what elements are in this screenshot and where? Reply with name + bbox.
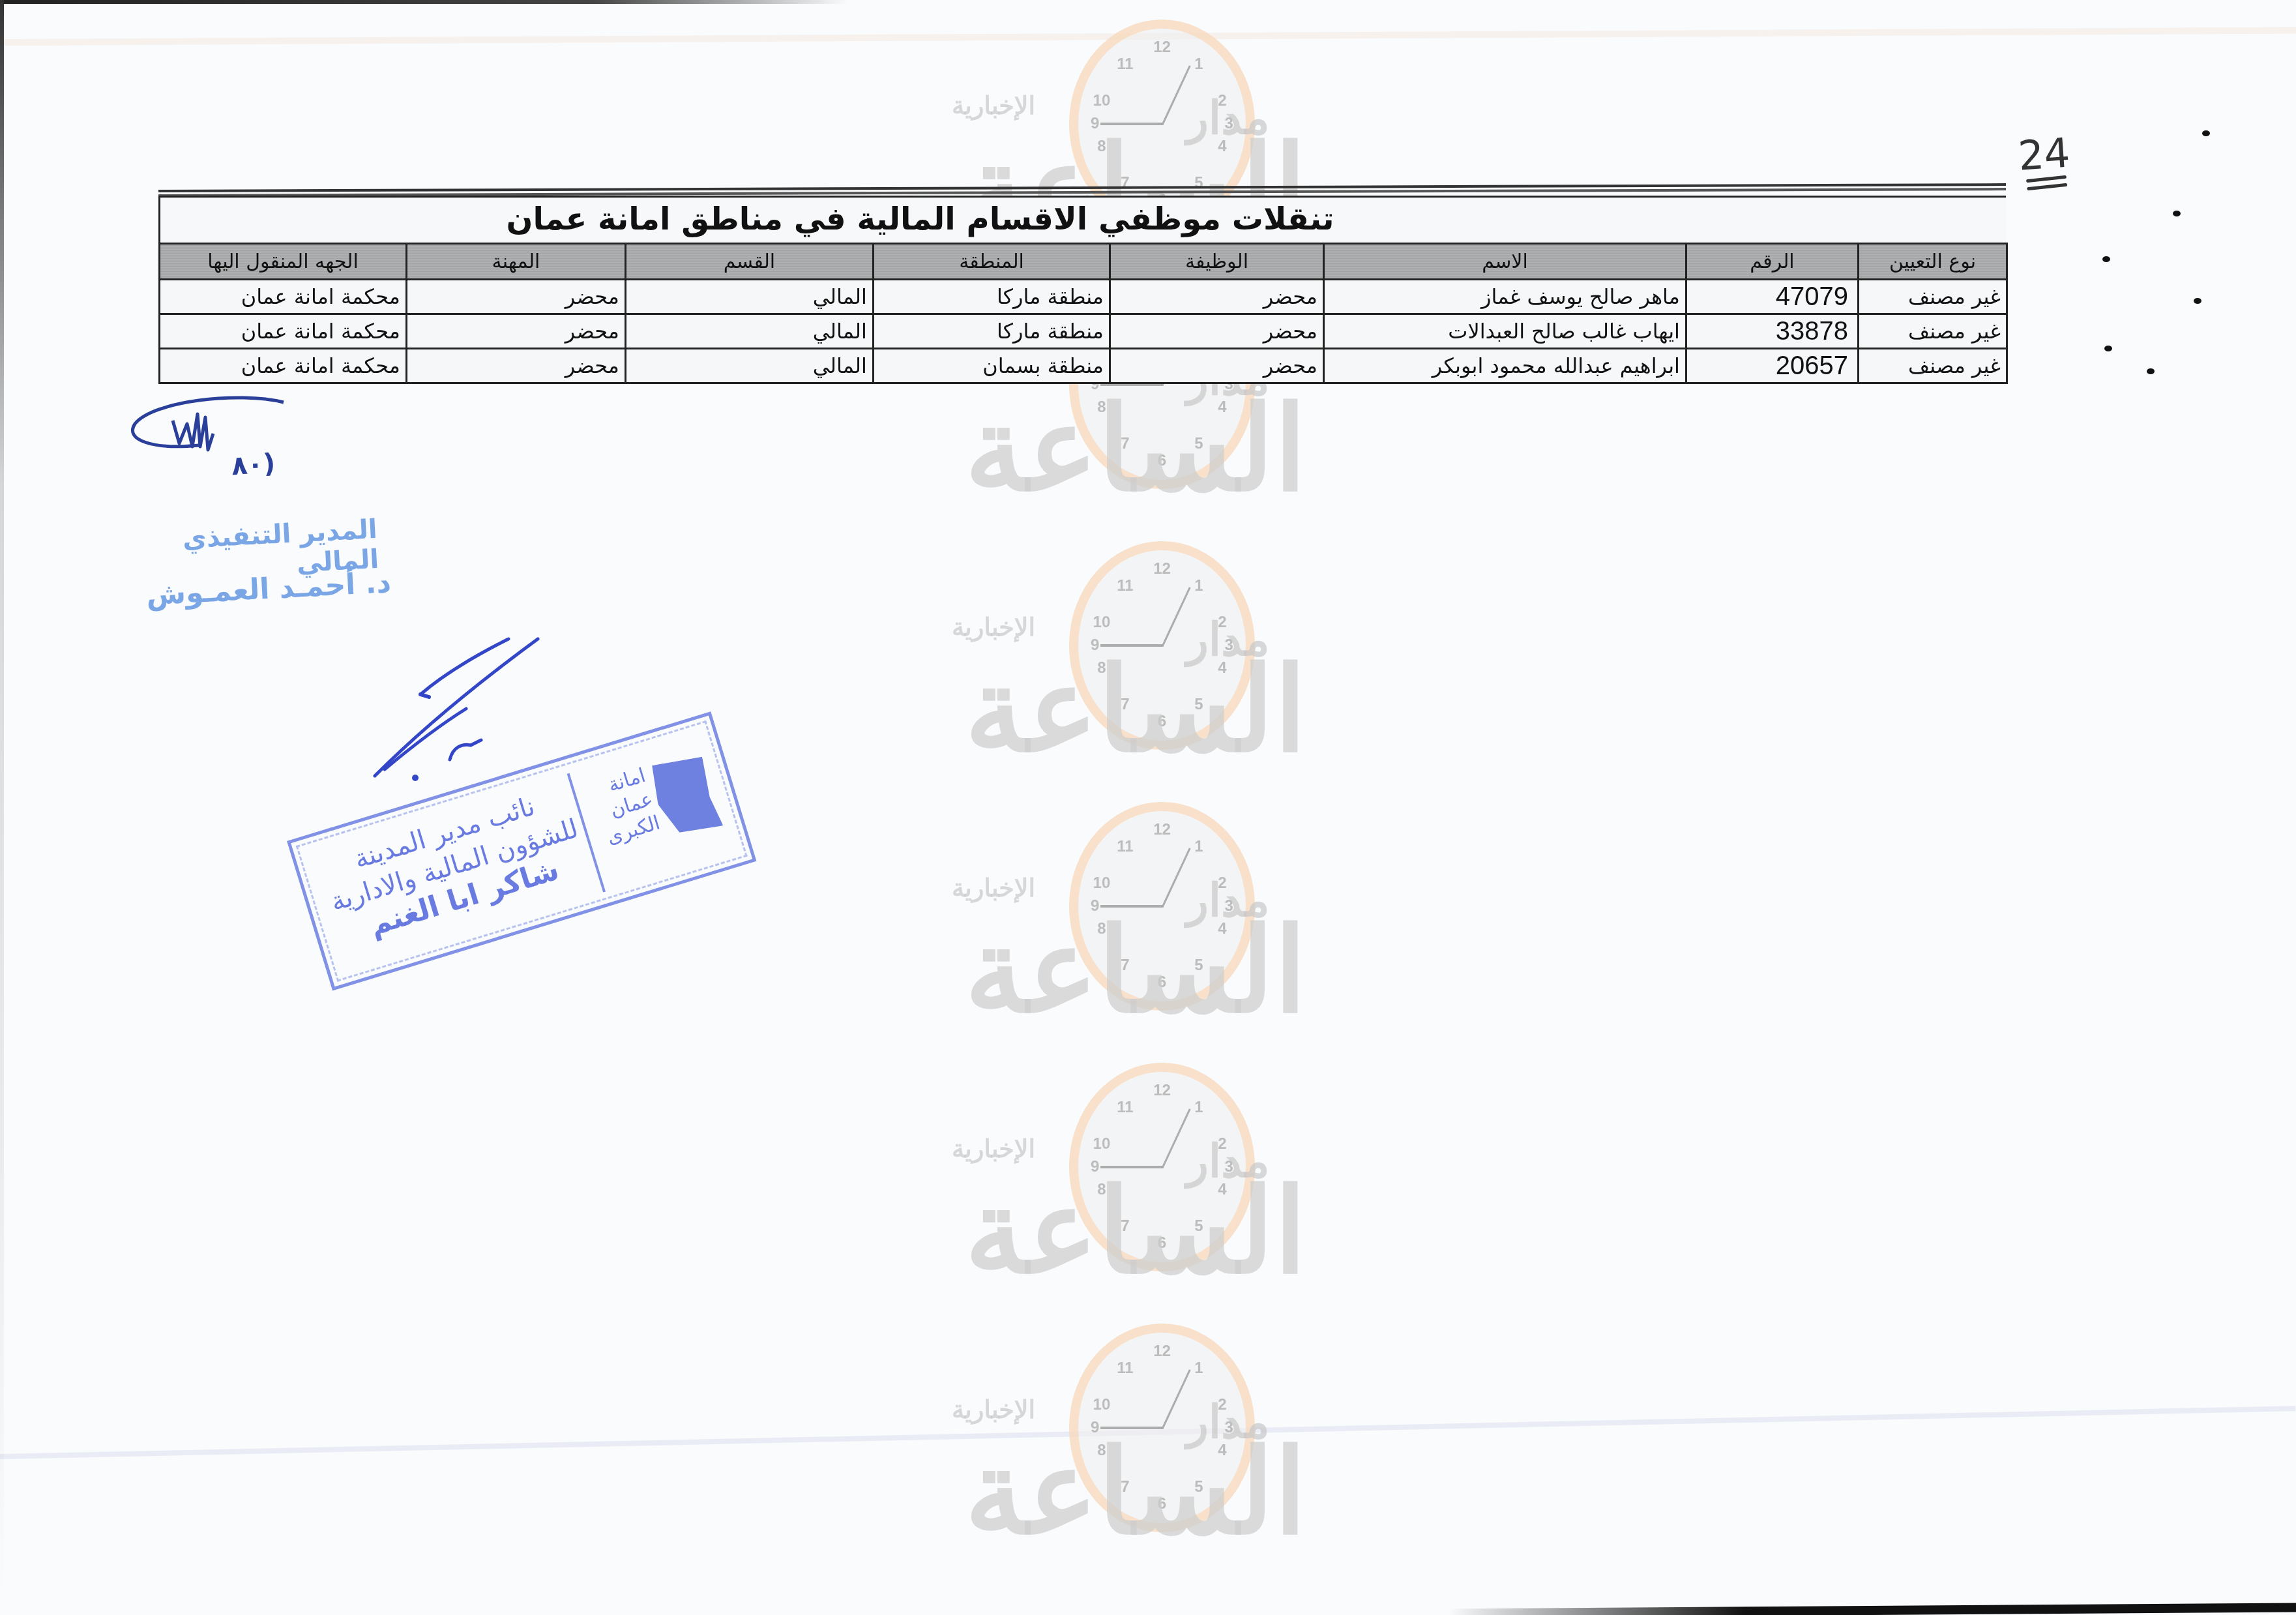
scan-edge-top (0, 0, 847, 4)
clock-hand (1100, 1427, 1162, 1429)
cell-region: منطقة ماركا (874, 314, 1110, 349)
clock-number: 7 (1121, 435, 1129, 453)
clock-number: 2 (1218, 614, 1226, 632)
clock-number: 6 (1158, 1234, 1166, 1252)
clock-number: 10 (1093, 1135, 1111, 1153)
punch-mark (2102, 256, 2110, 262)
clock-icon: 121234567891011 (1069, 1063, 1255, 1271)
scan-artifact-band (0, 27, 2296, 46)
clock-hand (1100, 123, 1162, 125)
clock-number: 11 (1117, 1359, 1133, 1378)
clock-number: 9 (1091, 897, 1099, 915)
clock-number: 9 (1091, 636, 1099, 655)
clock-number: 2 (1218, 1135, 1226, 1153)
clock-number: 8 (1097, 1442, 1106, 1460)
cell-name: ابراهيم عبدالله محمود ابوبكر (1324, 349, 1686, 383)
transfers-table: نوع التعيين الرقم الاسم الوظيفة المنطقة … (158, 243, 2008, 384)
cell-job: محضر (1110, 349, 1324, 383)
cell-transferred-to: محكمة امانة عمان (160, 280, 407, 314)
scan-artifact-band (0, 1406, 2295, 1459)
watermark-brand-main: الساعة (965, 391, 1306, 509)
clock-number: 3 (1225, 897, 1233, 915)
clock-hand (1161, 1108, 1190, 1168)
clock-number: 11 (1117, 577, 1133, 595)
clock-number: 8 (1097, 659, 1106, 677)
watermark-brand-top: مدار (1186, 613, 1270, 666)
table-row: غير مصنف 20657 ابراهيم عبدالله محمود ابو… (160, 349, 2007, 383)
clock-number: 7 (1121, 174, 1129, 192)
table-row: غير مصنف 47079 ماهر صالح يوسف غماز محضر … (160, 280, 2007, 314)
cell-number: 33878 (1686, 314, 1859, 349)
clock-icon: 121234567891011 (1069, 541, 1255, 750)
news-watermark: 121234567891011مدارالإخباريةالساعة (952, 541, 1369, 776)
clock-number: 2 (1218, 1396, 1226, 1414)
clock-number: 6 (1158, 1495, 1166, 1513)
cell-transferred-to: محكمة امانة عمان (160, 349, 407, 383)
clock-number: 2 (1218, 874, 1226, 893)
clock-number: 6 (1158, 713, 1166, 731)
clock-icon: 121234567891011 (1069, 802, 1255, 1011)
clock-number: 7 (1121, 1217, 1129, 1236)
clock-number: 5 (1194, 174, 1203, 192)
watermark-brand-top: مدار (1186, 91, 1270, 145)
scan-edge-left (0, 0, 4, 1615)
clock-number: 1 (1194, 55, 1203, 74)
punch-mark (2173, 211, 2181, 216)
clock-number: 12 (1153, 560, 1171, 578)
clock-number: 1 (1194, 1359, 1203, 1378)
header-profession: المهنة (407, 244, 626, 280)
clock-number: 10 (1093, 92, 1111, 110)
clock-number: 10 (1093, 614, 1111, 632)
clock-number: 5 (1194, 1217, 1203, 1236)
clock-number: 12 (1153, 1082, 1171, 1100)
clock-number: 4 (1218, 659, 1226, 677)
table-header-row: نوع التعيين الرقم الاسم الوظيفة المنطقة … (160, 244, 2007, 280)
clock-number: 1 (1194, 577, 1203, 595)
clock-hand (1161, 587, 1190, 647)
clock-number: 4 (1218, 138, 1226, 156)
clock-number: 4 (1218, 920, 1226, 938)
header-department: القسم (626, 244, 874, 280)
cell-region: منطقة بسمان (874, 349, 1110, 383)
watermark-brand-main: الساعة (965, 913, 1306, 1030)
header-number: الرقم (1686, 244, 1859, 280)
clock-number: 4 (1218, 1181, 1226, 1199)
clock-number: 3 (1225, 115, 1233, 133)
cell-job: محضر (1110, 280, 1324, 314)
watermark-brand-main: الساعة (965, 1174, 1306, 1291)
cell-profession: محضر (407, 349, 626, 383)
watermark-brand-top: مدار (1186, 1395, 1270, 1449)
clock-number: 12 (1153, 1342, 1171, 1361)
clock-number: 3 (1225, 636, 1233, 655)
header-region: المنطقة (874, 244, 1110, 280)
clock-number: 8 (1097, 138, 1106, 156)
clock-number: 8 (1097, 1181, 1106, 1199)
clock-number: 4 (1218, 1442, 1226, 1460)
clock-number: 7 (1121, 696, 1129, 714)
clock-hand (1100, 1166, 1162, 1168)
handwritten-date: ٨٠) (230, 449, 276, 482)
watermark-brand-sub: الإخبارية (952, 1134, 1035, 1164)
clock-number: 1 (1194, 1099, 1203, 1117)
punch-mark (2104, 346, 2112, 351)
clock-hand (1100, 905, 1162, 908)
scan-edge-bottom (1449, 1603, 2296, 1615)
cell-appointment-type: غير مصنف (1859, 314, 2007, 349)
clock-number: 5 (1194, 1478, 1203, 1496)
cell-name: ماهر صالح يوسف غماز (1324, 280, 1686, 314)
punch-mark (2194, 298, 2201, 304)
clock-hand (1161, 848, 1190, 908)
clock-number: 6 (1158, 452, 1166, 470)
clock-number: 10 (1093, 874, 1111, 893)
watermark-brand-main: الساعة (965, 652, 1306, 769)
header-job: الوظيفة (1110, 244, 1324, 280)
clock-hand (1100, 644, 1162, 647)
clock-number: 2 (1218, 92, 1226, 110)
page-number: 24 (2017, 128, 2072, 179)
clock-number: 7 (1121, 956, 1129, 975)
cell-profession: محضر (407, 280, 626, 314)
clock-number: 11 (1117, 1099, 1133, 1117)
punch-mark (2202, 130, 2210, 136)
clock-number: 5 (1194, 435, 1203, 453)
cell-appointment-type: غير مصنف (1859, 280, 2007, 314)
stamp-logo-text: امانة عمان الكبرى (579, 763, 663, 853)
header-transferred-to: الجهه المنقول اليها (160, 244, 407, 280)
clock-number: 5 (1194, 956, 1203, 975)
header-appointment-type: نوع التعيين (1859, 244, 2007, 280)
watermark-brand-top: مدار (1186, 874, 1270, 927)
clock-number: 8 (1097, 920, 1106, 938)
cell-name: ايهاب غالب صالح العبدالات (1324, 314, 1686, 349)
clock-number: 11 (1117, 838, 1133, 856)
clock-number: 9 (1091, 115, 1099, 133)
employee-number: 47079 (1701, 282, 1852, 312)
watermark-brand-sub: الإخبارية (952, 613, 1035, 642)
clock-number: 7 (1121, 1478, 1129, 1496)
cell-appointment-type: غير مصنف (1859, 349, 2007, 383)
clock-number: 4 (1218, 398, 1226, 417)
watermark-brand-sub: الإخبارية (952, 91, 1035, 121)
clock-hand (1161, 1369, 1190, 1429)
news-watermark: 121234567891011مدارالإخباريةالساعة (952, 1063, 1369, 1297)
cell-region: منطقة ماركا (874, 280, 1110, 314)
punch-mark (2147, 368, 2155, 374)
cell-department: المالي (626, 349, 874, 383)
clock-hand (1161, 65, 1190, 125)
title-box: تنقلات موظفي الاقسام المالية في مناطق ام… (158, 196, 2006, 243)
clock-number: 3 (1225, 1158, 1233, 1176)
news-watermark: 121234567891011مدارالإخباريةالساعة (952, 1324, 1369, 1558)
news-watermark: 121234567891011مدارالإخباريةالساعة (952, 802, 1369, 1037)
clock-number: 5 (1194, 696, 1203, 714)
clock-number: 6 (1158, 973, 1166, 992)
stamp-text: نائب مدير المدينة للشؤون المالية والادار… (309, 777, 600, 954)
clock-number: 10 (1093, 1396, 1111, 1414)
top-rule (158, 183, 2006, 192)
watermark-brand-top: مدار (1186, 1134, 1270, 1188)
cell-profession: محضر (407, 314, 626, 349)
cell-job: محضر (1110, 314, 1324, 349)
cell-number: 47079 (1686, 280, 1859, 314)
watermark-brand-sub: الإخبارية (952, 874, 1035, 903)
transfer-document: تنقلات موظفي الاقسام المالية في مناطق ام… (158, 196, 2006, 384)
clock-number: 11 (1117, 55, 1133, 74)
cell-department: المالي (626, 280, 874, 314)
watermark-brand-main: الساعة (965, 1434, 1306, 1552)
cell-number: 20657 (1686, 349, 1859, 383)
employee-number: 33878 (1701, 317, 1852, 346)
watermark-brand-sub: الإخبارية (952, 1395, 1035, 1425)
cell-department: المالي (626, 314, 874, 349)
employee-number: 20657 (1701, 351, 1852, 381)
clock-number: 12 (1153, 821, 1171, 839)
table-row: غير مصنف 33878 ايهاب غالب صالح العبدالات… (160, 314, 2007, 349)
cell-transferred-to: محكمة امانة عمان (160, 314, 407, 349)
document-title: تنقلات موظفي الاقسام المالية في مناطق ام… (506, 198, 1334, 241)
clock-number: 1 (1194, 838, 1203, 856)
header-name: الاسم (1324, 244, 1686, 280)
clock-number: 8 (1097, 398, 1106, 417)
clock-number: 12 (1153, 38, 1171, 57)
clock-number: 9 (1091, 1158, 1099, 1176)
